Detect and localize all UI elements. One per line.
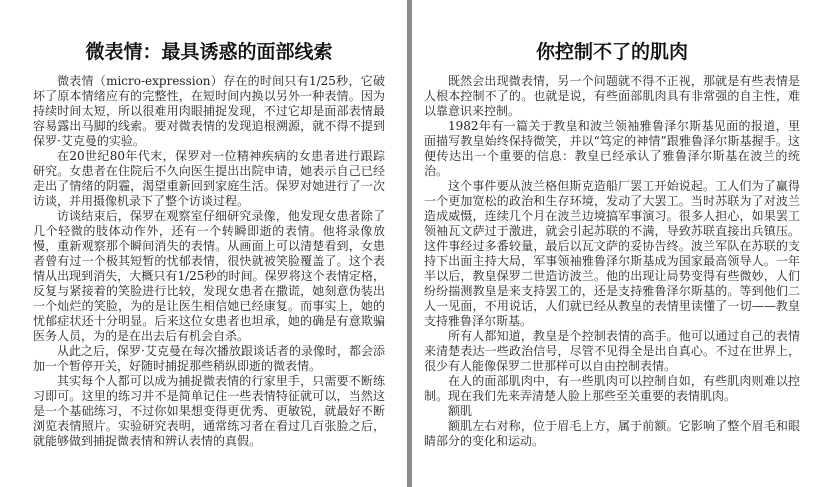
left-page-body: 微表情（micro-expression）存在的时间只有1/25秒，它破坏了原本…	[33, 74, 385, 449]
right-page-body: 既然会出现微表情，另一个问题就不得不正视，那就是有些表情是人根本控制不了的。也就…	[424, 74, 800, 449]
paragraph: 所有人都知道，教皇是个控制表情的高手。他可以通过自己的表情来清楚表达一些政治信号…	[424, 329, 800, 374]
paragraph: 在20世纪80年代末，保罗对一位精神疾病的女患者进行跟踪研究。女患者在住院后不久…	[33, 149, 385, 209]
paragraph: 额肌左右对称，位于眉毛上方，属于前额。它影响了整个眉毛和眼睛部分的变化和运动。	[424, 419, 800, 449]
section-subheading: 额肌	[424, 404, 800, 419]
paragraph: 1982年有一篇关于教皇和波兰领袖雅鲁泽尔斯基见面的报道，里面描写教皇始终保持微…	[424, 119, 800, 179]
right-page: 你控制不了的肌肉 既然会出现微表情，另一个问题就不得不正视，那就是有些表情是人根…	[424, 40, 800, 449]
paragraph: 微表情（micro-expression）存在的时间只有1/25秒，它破坏了原本…	[33, 74, 385, 149]
page-divider	[407, 0, 412, 487]
paragraph: 访谈结束后，保罗在观察室仔细研究录像，他发现女患者除了几个轻微的肢体动作外，还有…	[33, 209, 385, 344]
left-page-title: 微表情：最具诱惑的面部线索	[33, 40, 385, 64]
paragraph: 其实每个人都可以成为捕捉微表情的行家里手，只需要不断练习即可。这里的练习并不是简…	[33, 374, 385, 449]
right-page-title: 你控制不了的肌肉	[424, 40, 800, 64]
left-page: 微表情：最具诱惑的面部线索 微表情（micro-expression）存在的时间…	[33, 40, 385, 449]
paragraph: 既然会出现微表情，另一个问题就不得不正视，那就是有些表情是人根本控制不了的。也就…	[424, 74, 800, 119]
paragraph: 在人的面部肌肉中，有一些肌肉可以控制自如，有些肌肉则难以控制。现在我们先来弄清楚…	[424, 374, 800, 404]
paragraph: 这个事件要从波兰格但斯克造船厂罢工开始说起。工人们为了赢得一个更加宽松的政治和生…	[424, 179, 800, 329]
paragraph: 从此之后，保罗·艾克曼在每次播放跟谈话者的录像时，都会添加一个暂停开关，好随时捕…	[33, 344, 385, 374]
